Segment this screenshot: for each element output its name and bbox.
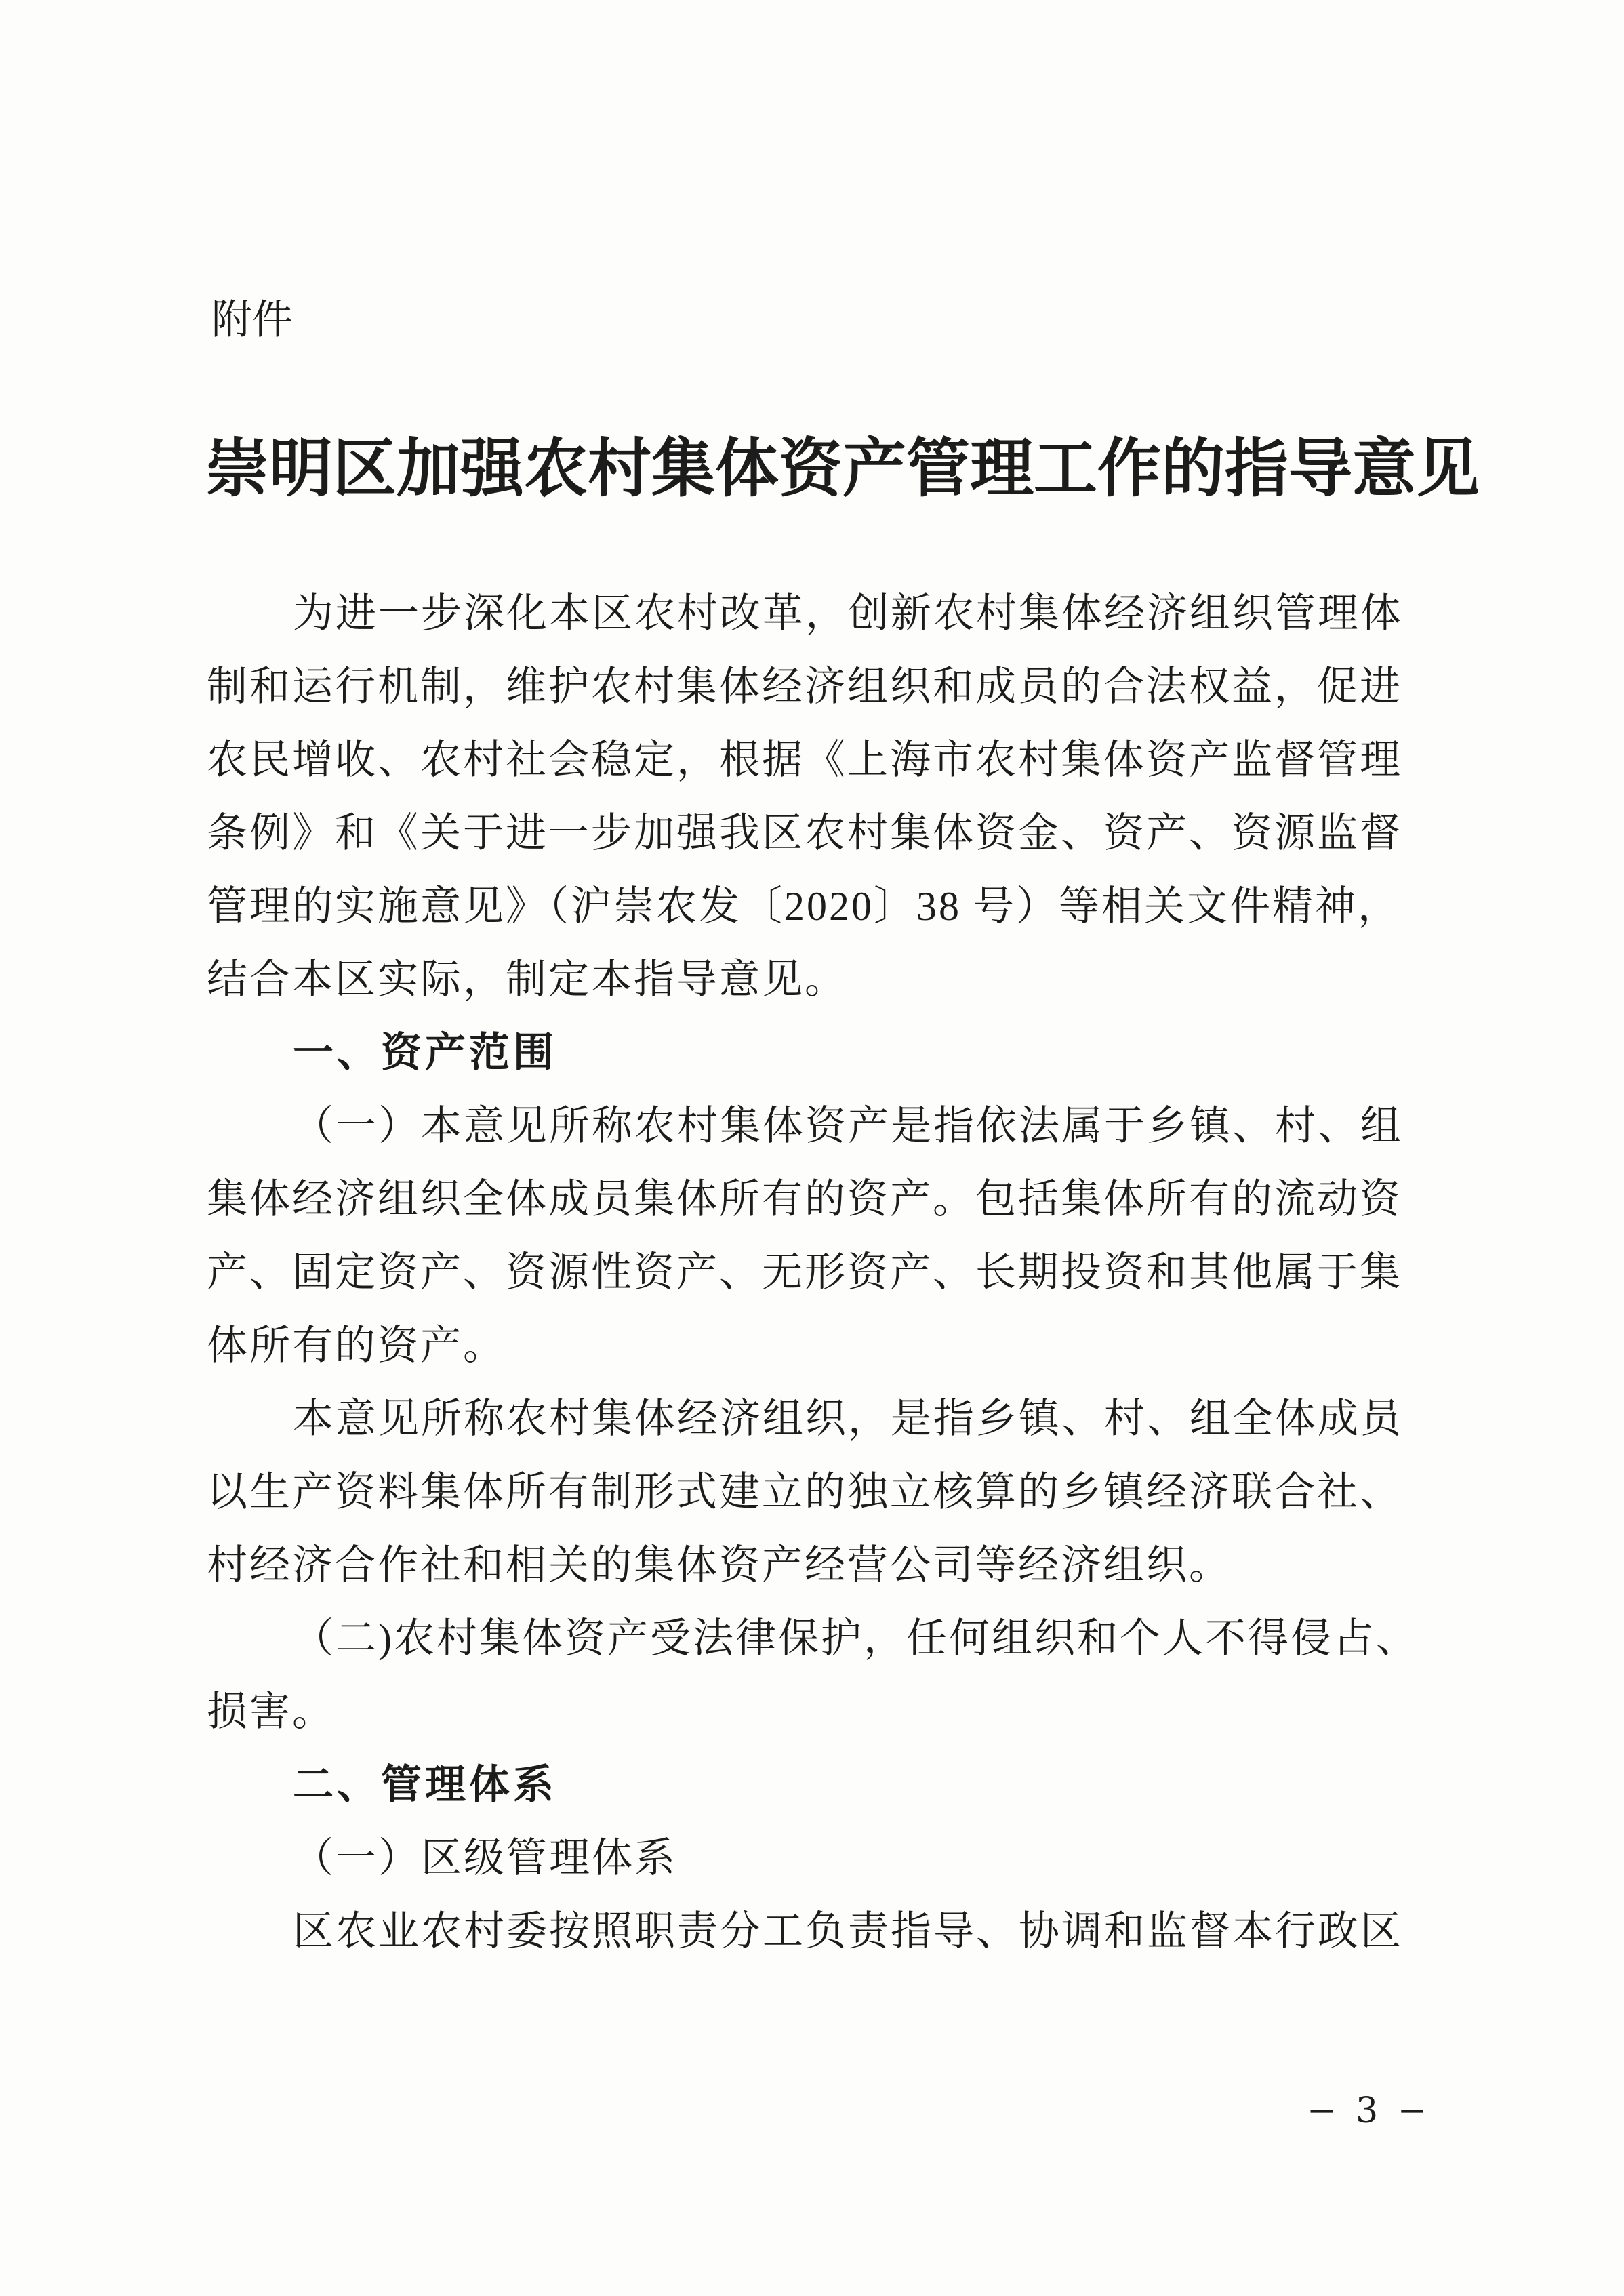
body-line: 损害。 [207,1675,1410,1748]
body-line: 区农业农村委按照职责分工负责指导、协调和监督本行政区 [207,1895,1410,1968]
page-number: − 3 − [1307,2091,1427,2131]
body-line: 村经济合作社和相关的集体资产经营公司等经济组织。 [207,1529,1410,1602]
body-line: 本意见所称农村集体经济组织，是指乡镇、村、组全体成员 [207,1382,1410,1455]
body-line: 产、固定资产、资源性资产、无形资产、长期投资和其他属于集 [207,1236,1410,1309]
body-line: （一）本意见所称农村集体资产是指依法属于乡镇、村、组 [207,1089,1410,1163]
document-page: 附件 崇明区加强农村集体资产管理工作的指导意见 为进一步深化本区农村改革，创新农… [0,0,1624,2296]
document-title: 崇明区加强农村集体资产管理工作的指导意见 [205,422,1419,517]
body-line: 以生产资料集体所有制形式建立的独立核算的乡镇经济联合社、 [207,1455,1410,1529]
body-line: 制和运行机制，维护农村集体经济组织和成员的合法权益，促进 [207,650,1410,723]
body-line: 农民增收、农村社会稳定，根据《上海市农村集体资产监督管理 [207,723,1410,797]
body-line: 体所有的资产。 [207,1309,1410,1382]
section-heading: 一、资产范围 [207,1016,1410,1089]
body-line: 条例》和《关于进一步加强我区农村集体资金、资产、资源监督 [207,797,1410,870]
body-line: （一）区级管理体系 [207,1821,1410,1895]
document-body: 为进一步深化本区农村改革，创新农村集体经济组织管理体制和运行机制，维护农村集体经… [207,577,1410,1968]
attachment-label: 附件 [211,296,293,344]
body-line: 集体经济组织全体成员集体所有的资产。包括集体所有的流动资 [207,1163,1410,1236]
body-line: 结合本区实际，制定本指导意见。 [207,943,1410,1016]
body-line: 管理的实施意见》（沪崇农发〔2020〕38 号）等相关文件精神， [207,870,1410,943]
body-line: 为进一步深化本区农村改革，创新农村集体经济组织管理体 [207,577,1410,650]
body-line: （二)农村集体资产受法律保护，任何组织和个人不得侵占、 [207,1602,1410,1675]
section-heading: 二、管理体系 [207,1748,1410,1821]
